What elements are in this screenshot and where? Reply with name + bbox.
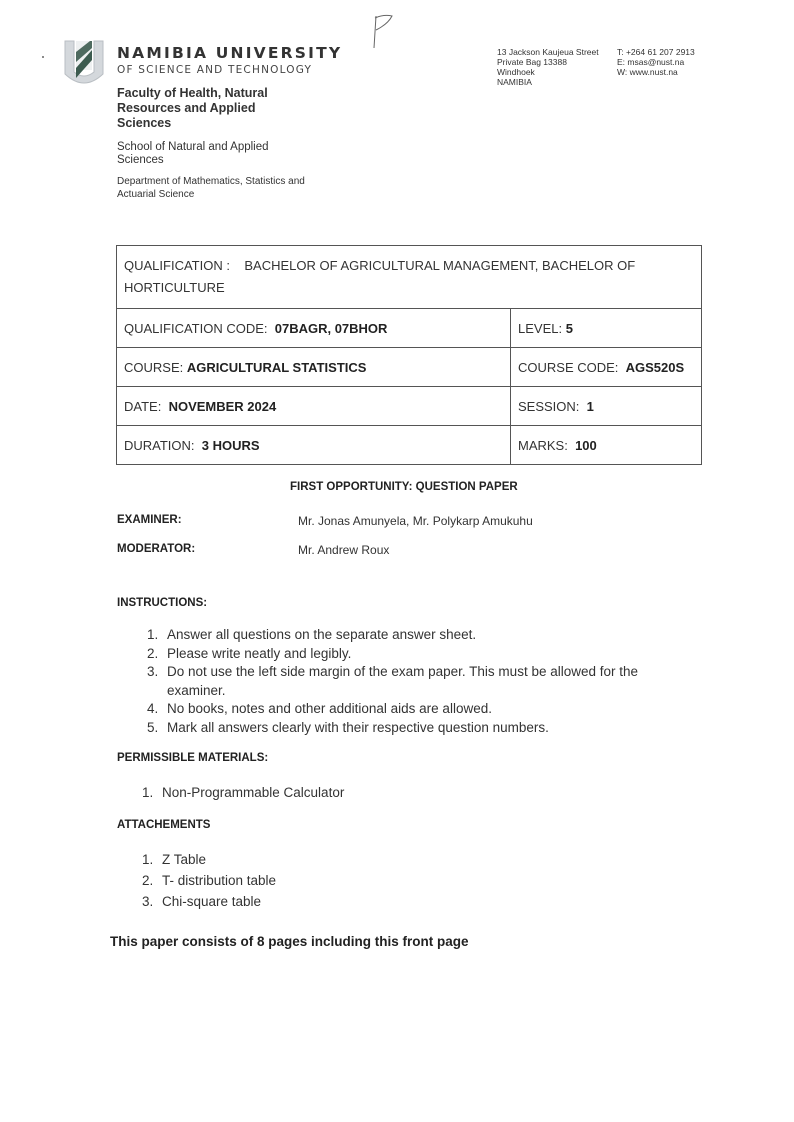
date-value: NOVEMBER 2024 <box>169 399 277 414</box>
qualification-cell: QUALIFICATION : BACHELOR OF AGRICULTURAL… <box>117 246 702 309</box>
attachment-item: 1.Z Table <box>142 849 542 870</box>
contact-phone: T: +264 61 207 2913 <box>617 47 695 57</box>
instructions-list: 1.Answer all questions on the separate a… <box>147 626 677 737</box>
duration-cell: DURATION: 3 HOURS <box>117 426 511 465</box>
university-name: NAMIBIA UNIVERSITY <box>117 44 342 62</box>
address-line: Windhoek <box>497 67 599 77</box>
qualification-code-cell: QUALIFICATION CODE: 07BAGR, 07BHOR <box>117 309 511 348</box>
contact-website: W: www.nust.na <box>617 67 695 77</box>
attachment-item: 2.T- distribution table <box>142 870 542 891</box>
level-label: LEVEL: <box>518 321 562 336</box>
course-code-cell: COURSE CODE: AGS520S <box>511 348 702 387</box>
address-line: NAMIBIA <box>497 77 599 87</box>
contact-email: E: msas@nust.na <box>617 57 695 67</box>
moderator-label: MODERATOR: <box>117 543 195 555</box>
duration-row: DURATION: 3 HOURS MARKS: 100 <box>117 426 702 465</box>
qualification-row: QUALIFICATION : BACHELOR OF AGRICULTURAL… <box>117 246 702 309</box>
exam-info-table: QUALIFICATION : BACHELOR OF AGRICULTURAL… <box>116 245 702 465</box>
marks-cell: MARKS: 100 <box>511 426 702 465</box>
instruction-item: 5.Mark all answers clearly with their re… <box>147 719 677 738</box>
marks-label: MARKS: <box>518 438 568 453</box>
qualification-code-row: QUALIFICATION CODE: 07BAGR, 07BHOR LEVEL… <box>117 309 702 348</box>
instruction-item: 3.Do not use the left side margin of the… <box>147 663 677 700</box>
permissible-materials-list: 1.Non-Programmable Calculator <box>142 784 542 803</box>
level-cell: LEVEL: 5 <box>511 309 702 348</box>
instruction-item: 2.Please write neatly and legibly. <box>147 645 677 664</box>
examiner-value: Mr. Jonas Amunyela, Mr. Polykarp Amukuhu <box>298 514 533 528</box>
permissible-materials-heading: PERMISSIBLE MATERIALS: <box>117 752 268 764</box>
nust-shield-logo-icon <box>62 38 106 88</box>
duration-value: 3 HOURS <box>202 438 260 453</box>
opportunity-heading: FIRST OPPORTUNITY: QUESTION PAPER <box>290 481 518 493</box>
page-count-note: This paper consists of 8 pages including… <box>110 934 469 949</box>
examiner-label: EXAMINER: <box>117 514 182 526</box>
address-line: 13 Jackson Kaujeua Street <box>497 47 599 57</box>
date-cell: DATE: NOVEMBER 2024 <box>117 387 511 426</box>
attachments-list: 1.Z Table 2.T- distribution table 3.Chi-… <box>142 849 542 912</box>
moderator-value: Mr. Andrew Roux <box>298 543 389 557</box>
date-label: DATE: <box>124 399 161 414</box>
session-label: SESSION: <box>518 399 579 414</box>
address-block: 13 Jackson Kaujeua Street Private Bag 13… <box>497 47 599 87</box>
instructions-heading: INSTRUCTIONS: <box>117 597 207 609</box>
attachment-item: 3.Chi-square table <box>142 891 542 912</box>
handwritten-p-mark-icon <box>366 6 396 50</box>
date-row: DATE: NOVEMBER 2024 SESSION: 1 <box>117 387 702 426</box>
school-name: School of Natural and Applied Sciences <box>117 141 297 167</box>
scan-speck <box>42 56 44 58</box>
qualification-label: QUALIFICATION : <box>124 258 230 273</box>
duration-label: DURATION: <box>124 438 195 453</box>
course-row: COURSE: AGRICULTURAL STATISTICS COURSE C… <box>117 348 702 387</box>
session-cell: SESSION: 1 <box>511 387 702 426</box>
qualification-code-value: 07BAGR, 07BHOR <box>275 321 388 336</box>
course-code-label: COURSE CODE: <box>518 360 618 375</box>
course-label: COURSE: <box>124 360 183 375</box>
session-value: 1 <box>587 399 594 414</box>
instruction-item: 1.Answer all questions on the separate a… <box>147 626 677 645</box>
course-code-value: AGS520S <box>626 360 685 375</box>
attachments-heading: ATTACHEMENTS <box>117 819 210 831</box>
course-value: AGRICULTURAL STATISTICS <box>187 360 367 375</box>
course-cell: COURSE: AGRICULTURAL STATISTICS <box>117 348 511 387</box>
faculty-name: Faculty of Health, Natural Resources and… <box>117 86 297 131</box>
material-item: 1.Non-Programmable Calculator <box>142 784 542 803</box>
marks-value: 100 <box>575 438 597 453</box>
department-name: Department of Mathematics, Statistics an… <box>117 176 317 201</box>
address-line: Private Bag 13388 <box>497 57 599 67</box>
university-subtitle: OF SCIENCE AND TECHNOLOGY <box>117 64 312 76</box>
contact-block: T: +264 61 207 2913 E: msas@nust.na W: w… <box>617 47 695 77</box>
qualification-code-label: QUALIFICATION CODE: <box>124 321 268 336</box>
level-value: 5 <box>566 321 573 336</box>
instruction-item: 4.No books, notes and other additional a… <box>147 700 677 719</box>
